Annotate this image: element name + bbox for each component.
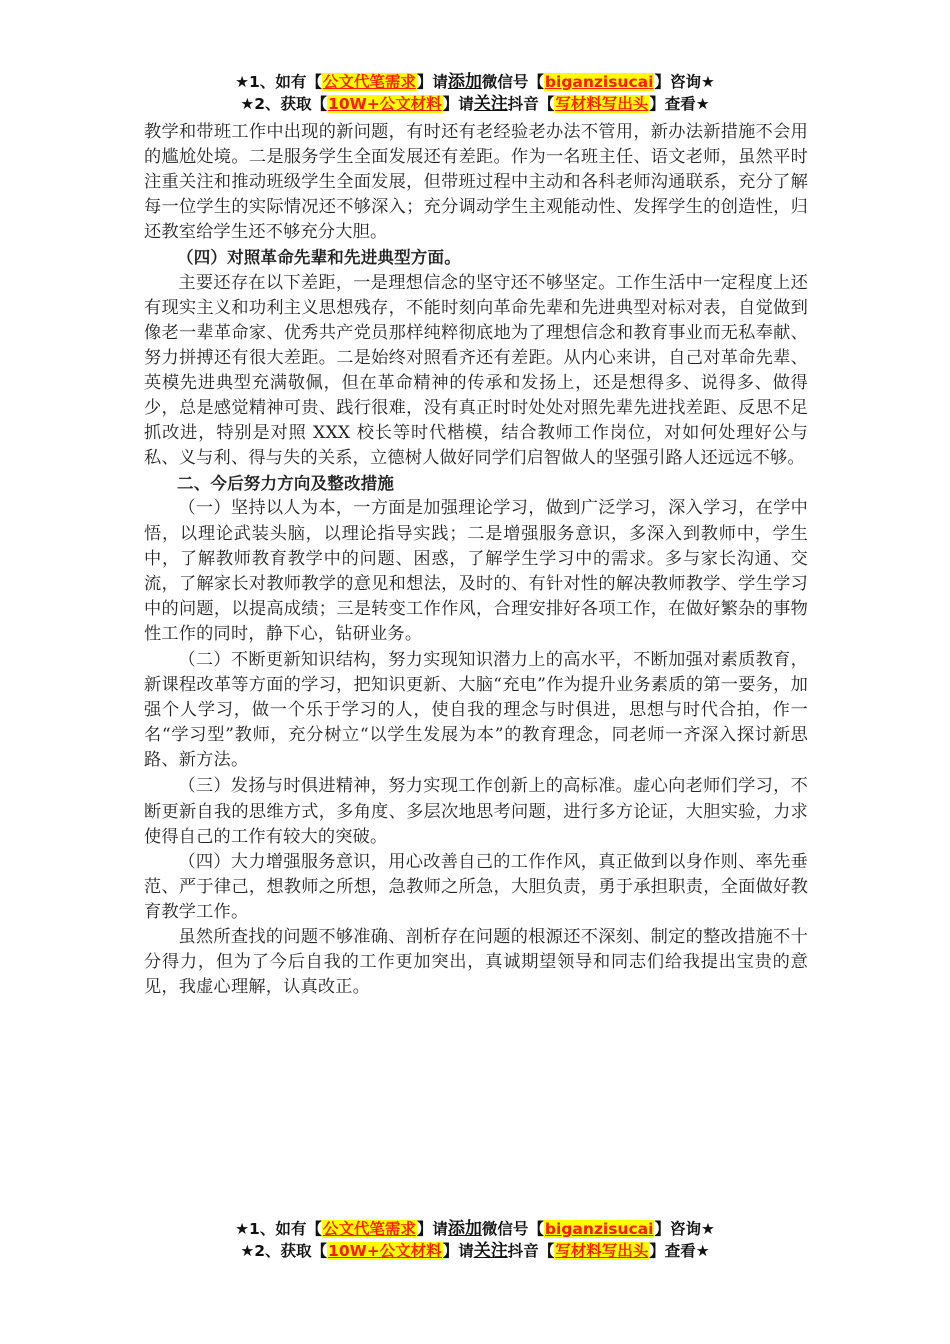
document-body: 教学和带班工作中出现的新问题，有时还有老经验老办法不管用，新办法新措施不会用的尴… (144, 120, 808, 1000)
underline-follow: 关注 (474, 1241, 508, 1261)
highlight-wechat-id: biganzisucai (544, 1220, 655, 1238)
highlight-douyin-id: 写材料写出头 (554, 1242, 649, 1260)
banner-line-2: ★2、获取【10W+公文材料】请关注抖音【写材料写出头】查看★ (0, 93, 950, 115)
paragraph-conclusion: 虽然所查找的问题不够准确、剖析存在问题的根源还不深刻、制定的整改措施不十分得力，… (144, 925, 808, 1000)
highlight-ghostwriting: 公文代笔需求 (322, 1220, 417, 1238)
paragraph-gaps: 主要还存在以下差距，一是理想信念的坚守还不够坚定。工作生活中一定程度上还有现实主… (144, 271, 808, 472)
underline-follow: 关注 (474, 94, 508, 114)
section-heading-rectification: 二、今后努力方向及整改措施 (144, 471, 808, 496)
highlight-wechat-id: biganzisucai (544, 73, 655, 91)
highlight-materials: 10W+公文材料 (327, 95, 443, 113)
paragraph-measure-1: （一）坚持以人为本，一方面是加强理论学习，做到广泛学习，深入学习，在学中悟，以理… (144, 496, 808, 647)
banner-line-1: ★1、如有【公文代笔需求】请添加微信号【biganzisucai】咨询★ (0, 71, 950, 93)
banner-line-2: ★2、获取【10W+公文材料】请关注抖音【写材料写出头】查看★ (0, 1240, 950, 1262)
paragraph-measure-4: （四）大力增强服务意识，用心改善自己的工作作风，真正做到以身作则、率先垂范、严于… (144, 850, 808, 925)
header-banner: ★1、如有【公文代笔需求】请添加微信号【biganzisucai】咨询★ ★2、… (0, 71, 950, 115)
footer-banner: ★1、如有【公文代笔需求】请添加微信号【biganzisucai】咨询★ ★2、… (0, 1218, 950, 1262)
underline-add: 添加 (448, 1219, 482, 1239)
banner-line-1: ★1、如有【公文代笔需求】请添加微信号【biganzisucai】咨询★ (0, 1218, 950, 1240)
section-heading-revolutionary-models: （四）对照革命先辈和先进典型方面。 (144, 245, 808, 270)
highlight-douyin-id: 写材料写出头 (554, 95, 649, 113)
paragraph-measure-2: （二）不断更新知识结构，努力实现知识潜力上的高水平，不断加强对素质教育，新课程改… (144, 648, 808, 773)
underline-add: 添加 (448, 72, 482, 92)
paragraph-continued: 教学和带班工作中出现的新问题，有时还有老经验老办法不管用，新办法新措施不会用的尴… (144, 120, 808, 245)
paragraph-measure-3: （三）发扬与时俱进精神，努力实现工作创新上的高标准。虚心向老师们学习，不断更新自… (144, 774, 808, 849)
highlight-ghostwriting: 公文代笔需求 (322, 73, 417, 91)
highlight-materials: 10W+公文材料 (327, 1242, 443, 1260)
